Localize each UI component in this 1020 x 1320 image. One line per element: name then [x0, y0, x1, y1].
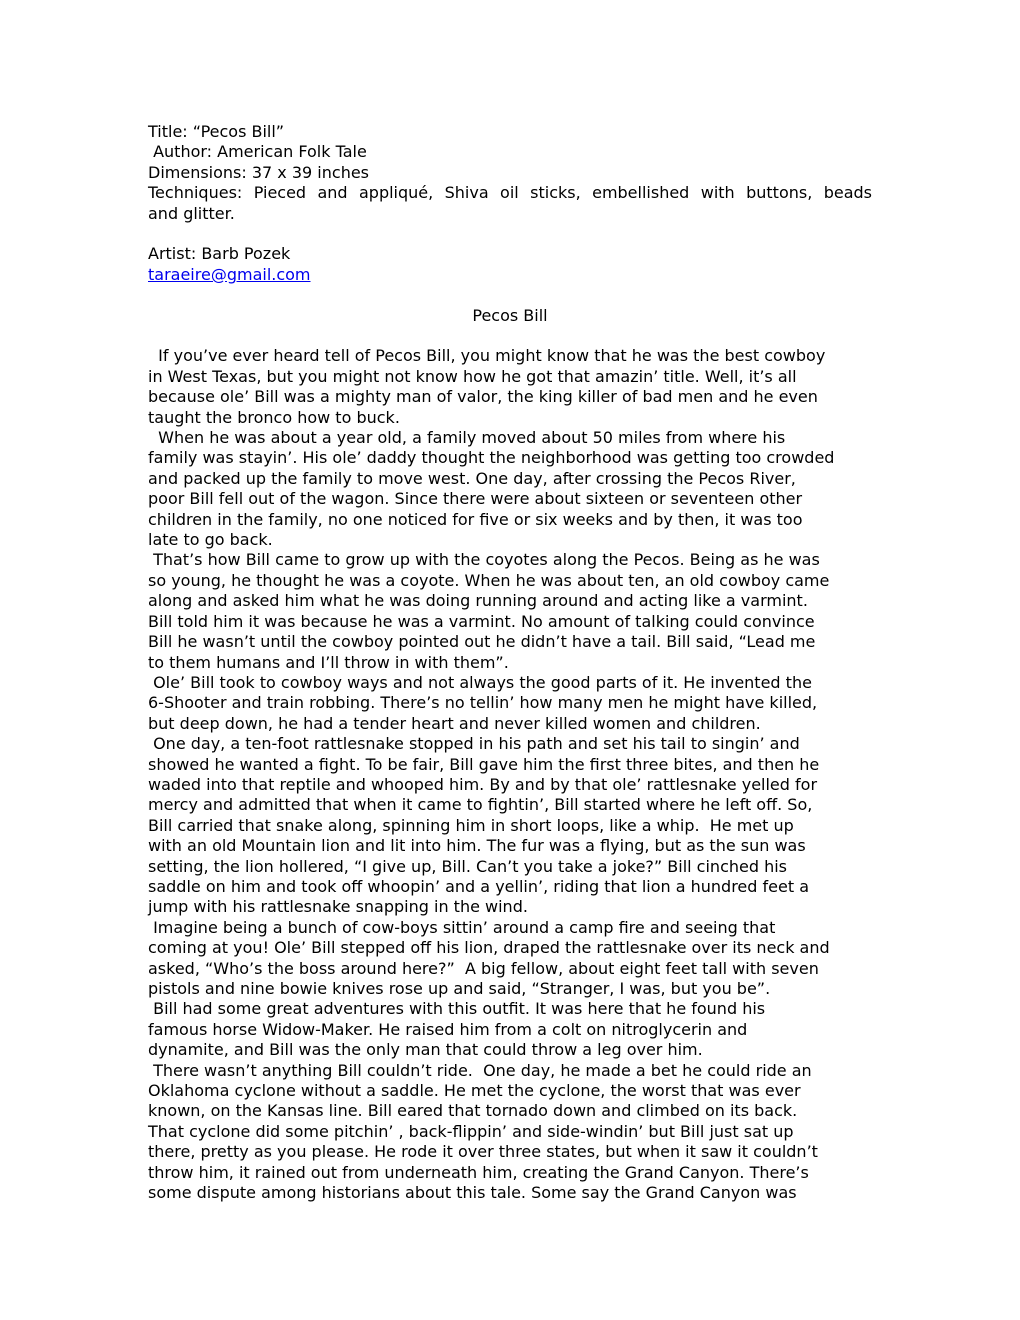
story-paragraph-7: Bill had some great adventures with this…: [148, 999, 872, 1060]
story-paragraph-8: There wasn’t anything Bill couldn’t ride…: [148, 1061, 872, 1204]
blank-line: [148, 285, 872, 305]
story-paragraph-6: Imagine being a bunch of cow-boys sittin…: [148, 918, 872, 1000]
story-title: Pecos Bill: [148, 306, 872, 326]
story-paragraph-3: That’s how Bill came to grow up with the…: [148, 550, 872, 672]
story-paragraph-4: Ole’ Bill took to cowboy ways and not al…: [148, 673, 872, 734]
blank-line: [148, 224, 872, 244]
story-paragraph-5: One day, a ten-foot rattlesnake stopped …: [148, 734, 872, 918]
story-paragraph-2: When he was about a year old, a family m…: [148, 428, 872, 550]
blank-line: [148, 326, 872, 346]
dimensions-line: Dimensions: 37 x 39 inches: [148, 163, 872, 183]
email-line: taraeire@gmail.com: [148, 265, 872, 285]
document-text-block: Title: “Pecos Bill” Author: American Fol…: [148, 122, 872, 1203]
techniques-line-1: Techniques: Pieced and appliqué, Shiva o…: [148, 183, 872, 203]
title-line: Title: “Pecos Bill”: [148, 122, 872, 142]
author-line: Author: American Folk Tale: [148, 142, 872, 162]
document-page: Title: “Pecos Bill” Author: American Fol…: [0, 0, 1020, 1320]
story-paragraph-1: If you’ve ever heard tell of Pecos Bill,…: [148, 346, 872, 428]
artist-line: Artist: Barb Pozek: [148, 244, 872, 264]
email-link[interactable]: taraeire@gmail.com: [148, 265, 311, 284]
techniques-line-2: and glitter.: [148, 204, 872, 224]
